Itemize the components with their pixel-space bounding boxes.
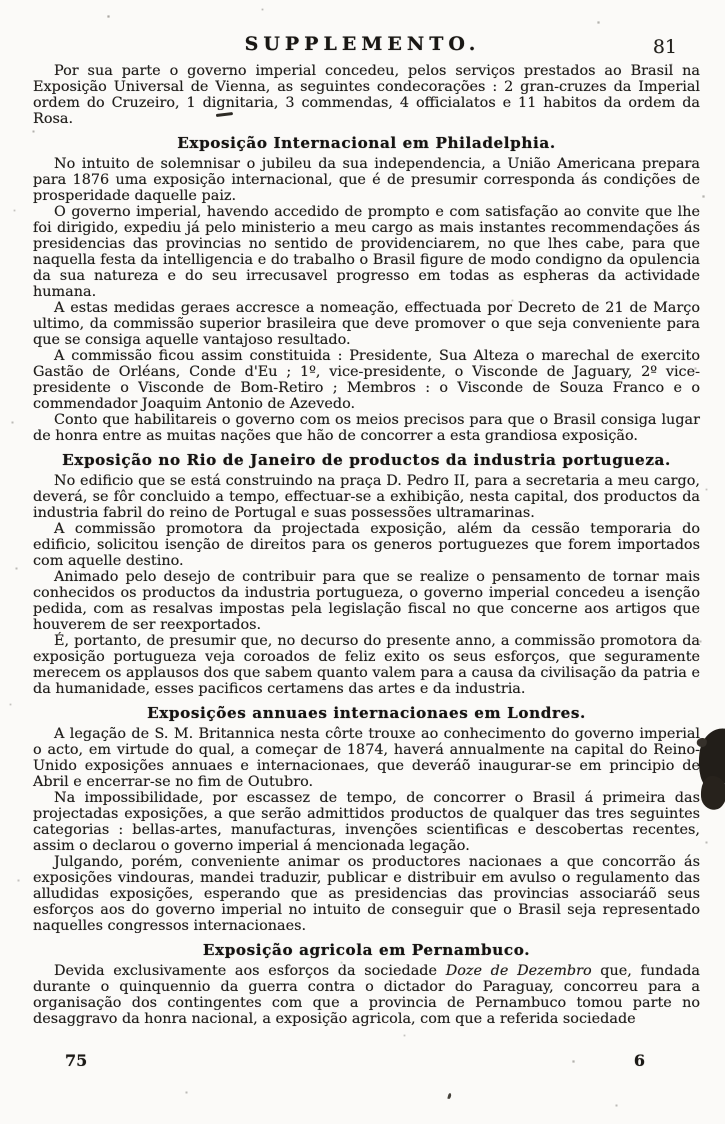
body-paragraph: É, portanto, de presumir que, no decurso… — [33, 633, 700, 697]
section-heading-rio-industria-portugueza: Exposição no Rio de Janeiro de productos… — [33, 452, 700, 468]
section-heading-pernambuco: Exposição agricola em Pernambuco. — [33, 942, 700, 958]
body-paragraph: A estas medidas geraes accresce a nomeaç… — [33, 300, 700, 348]
small-ink-speck — [447, 1093, 451, 1100]
body-paragraph: Julgando, porém, conveniente animar os p… — [33, 854, 700, 934]
paper-speckles — [0, 0, 1, 1]
scanned-document-page: SUPPLEMENTO. 81 Por sua parte o governo … — [0, 0, 725, 1124]
footer-right-number: 6 — [634, 1051, 645, 1070]
body-paragraph: A legação de S. M. Britannica nesta côrt… — [33, 726, 700, 790]
body-paragraph: No intuito de solemnisar o jubileu da su… — [33, 156, 700, 204]
body-paragraph: A commissão promotora da projectada expo… — [33, 521, 700, 569]
journal-title: SUPPLEMENTO. — [0, 33, 725, 55]
body-paragraph: Conto que habilitareis o governo com os … — [33, 412, 700, 444]
body-paragraph: Na impossibilidade, por escassez de temp… — [33, 790, 700, 854]
society-name-italic: Doze de Dezembro — [446, 963, 592, 979]
body-paragraph: A commissão ficou assim constituida : Pr… — [33, 348, 700, 412]
section-heading-philadelphia: Exposição Internacional em Philadelphia. — [33, 135, 700, 151]
page-footer: 75 6 — [33, 1051, 700, 1070]
section-heading-londres: Exposições annuaes internacionaes em Lon… — [33, 705, 700, 721]
page-number: 81 — [653, 36, 677, 58]
body-paragraph: Animado pelo desejo de contribuir para q… — [33, 569, 700, 633]
footer-left-number: 75 — [65, 1051, 87, 1070]
page-body: Por sua parte o governo imperial concede… — [33, 63, 700, 1027]
body-paragraph: Por sua parte o governo imperial concede… — [33, 63, 700, 127]
paragraph-lead-text: Devida exclusivamente aos esforços da so… — [54, 963, 446, 979]
body-paragraph: O governo imperial, havendo accedido de … — [33, 204, 700, 300]
body-paragraph: No edificio que se está construindo na p… — [33, 473, 700, 521]
body-paragraph-with-italic: Devida exclusivamente aos esforços da so… — [33, 963, 700, 1027]
